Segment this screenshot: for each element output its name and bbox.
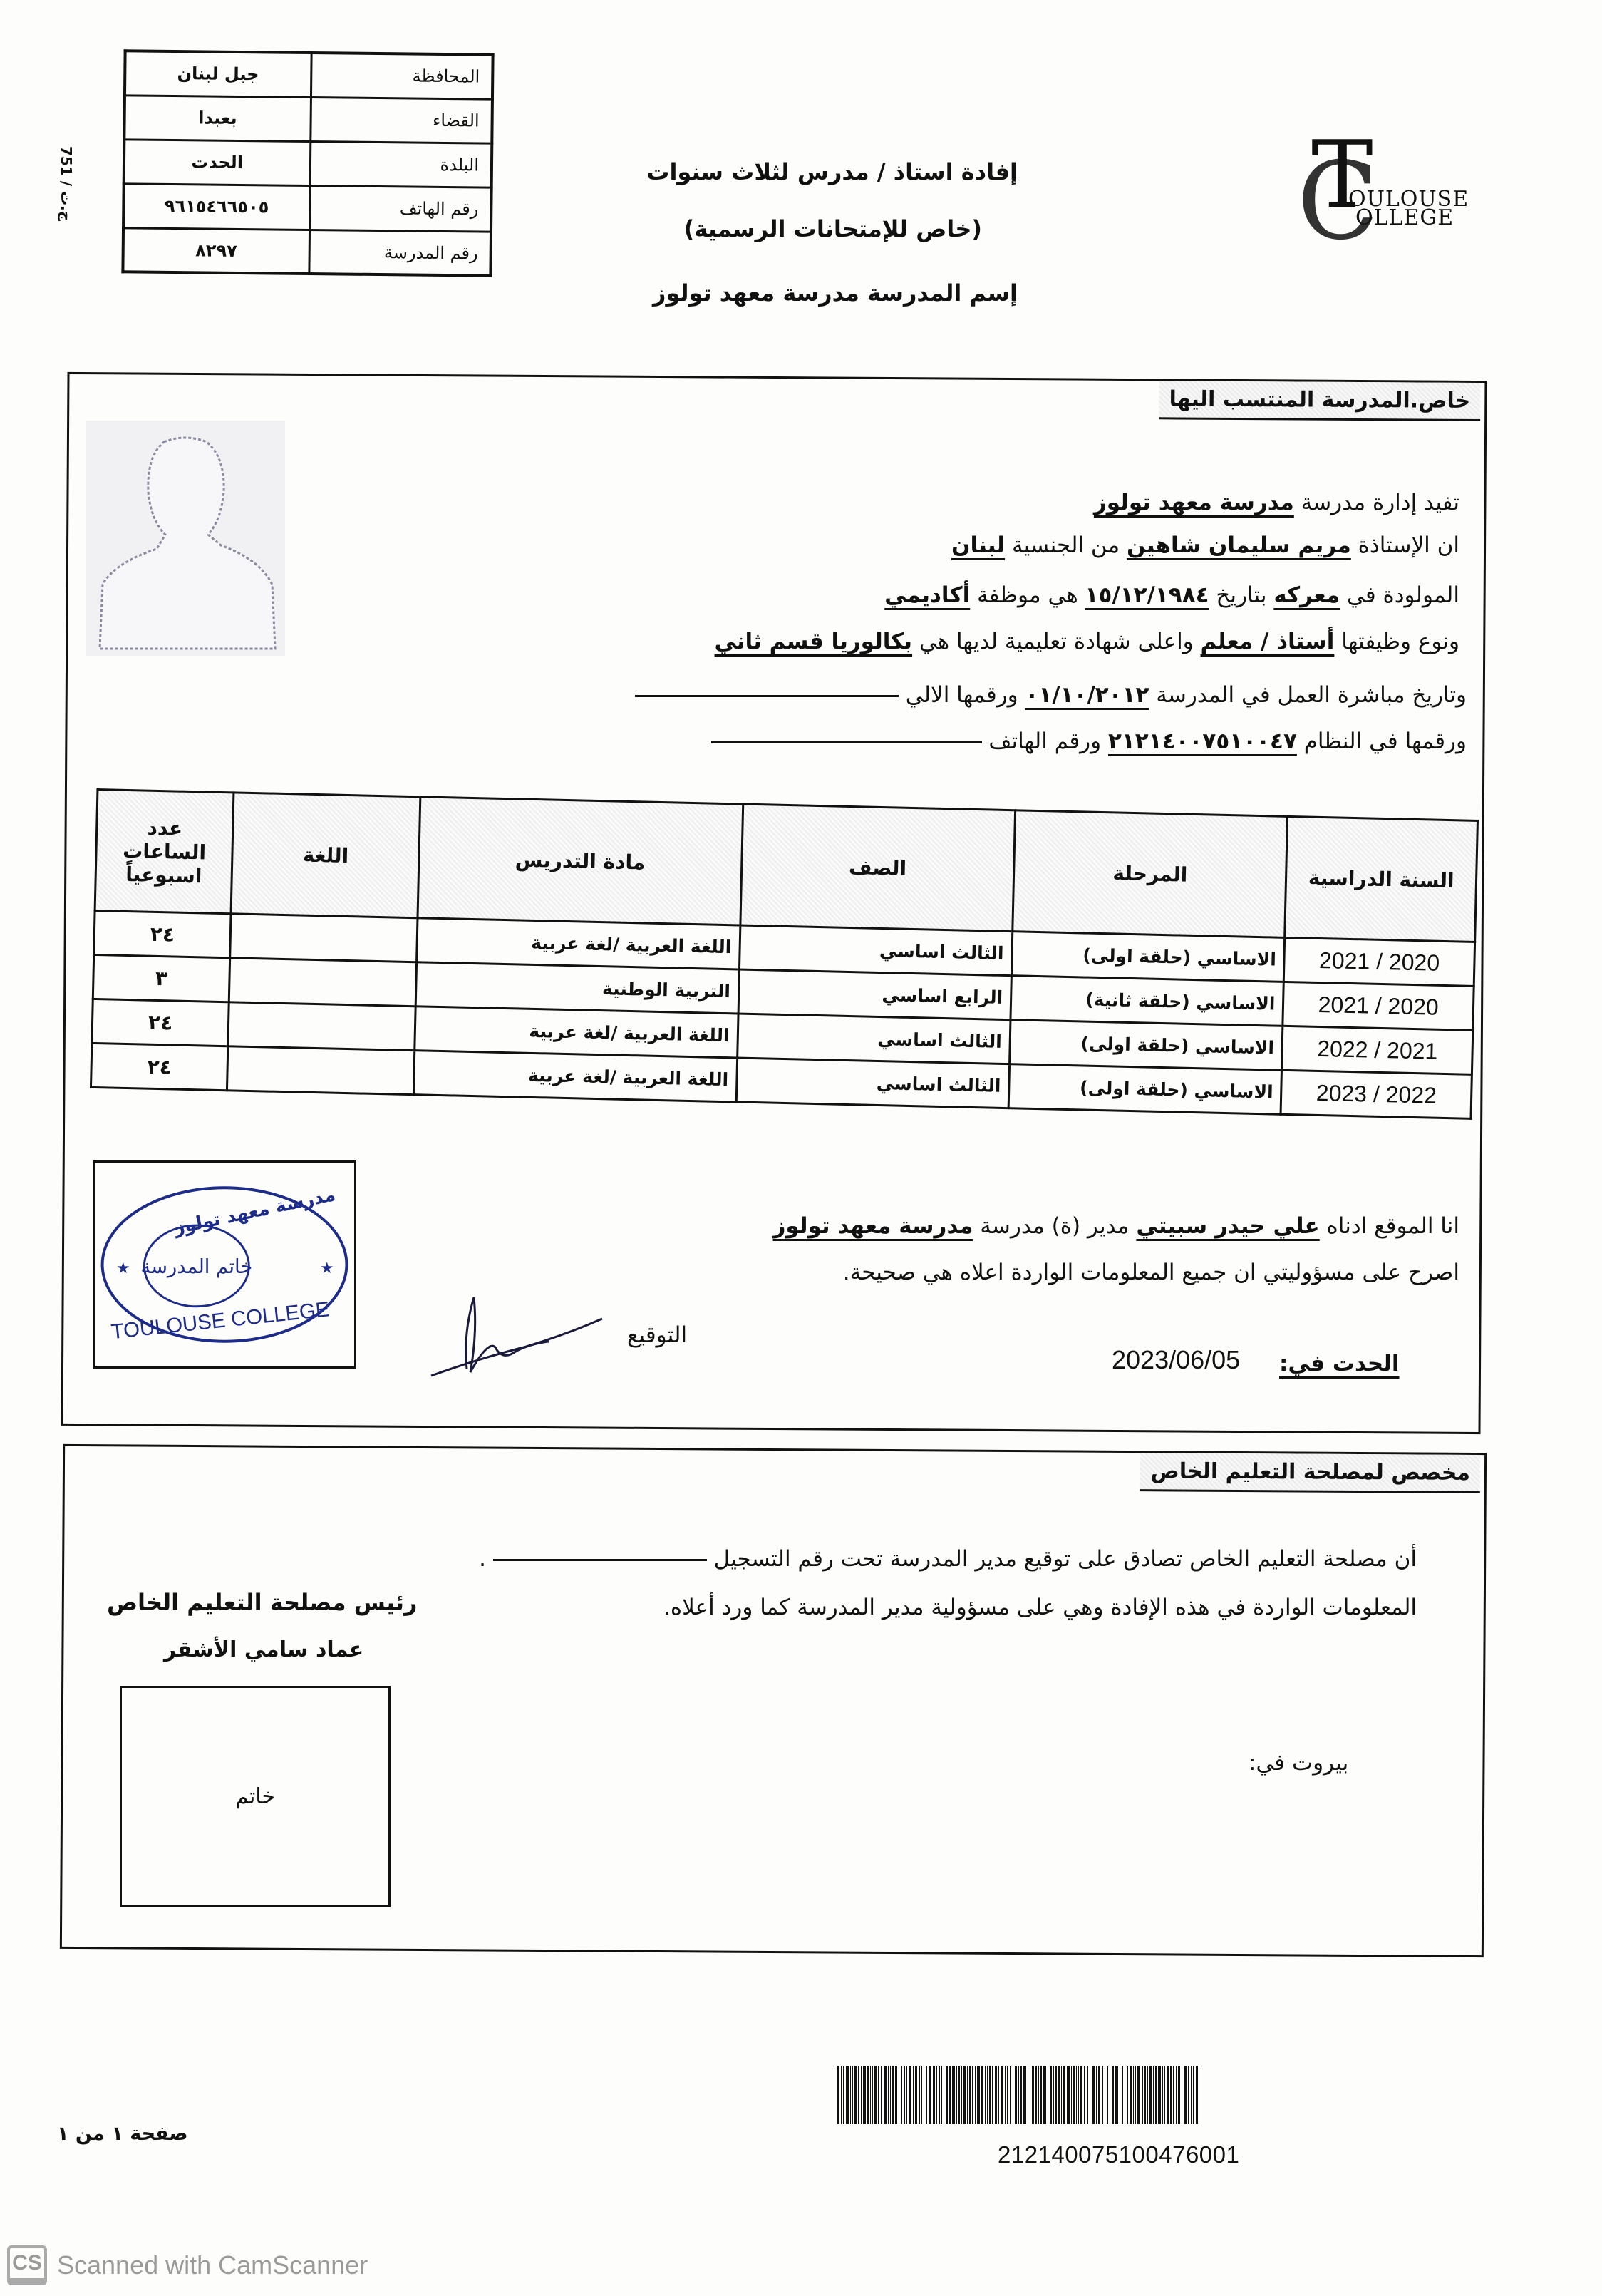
- barcode-bar: [843, 2066, 844, 2124]
- barcode-bar: [1061, 2066, 1062, 2124]
- system-number: ٢١٢١٤٠٠٧٥١٠٠٤٧: [1108, 729, 1297, 754]
- barcode-bar: [1133, 2066, 1134, 2124]
- info-row: رقم الهاتف٩٦١٥٤٦٦٥٠٥: [123, 183, 492, 231]
- barcode-bar: [977, 2066, 980, 2124]
- toulouse-college-logo: C T OULOUSE OLLEGE: [1297, 128, 1475, 242]
- cell-hours: ٢٤: [92, 999, 229, 1046]
- teacher-name: مريم سليمان شاهين: [1127, 532, 1351, 558]
- barcode-bar: [1122, 2066, 1123, 2124]
- photo-placeholder: [86, 421, 285, 656]
- cell-hours: ٣: [93, 954, 230, 1002]
- cell-stage: الاساسي (حلقة ثانية): [1011, 976, 1284, 1026]
- col-header-stage: المرحلة: [1013, 810, 1288, 938]
- star-icon: ★: [116, 1260, 130, 1277]
- barcode-bar: [1007, 2066, 1008, 2124]
- degree: بكالوريا قسم ثاني: [715, 629, 913, 654]
- info-value: جبل لبنان: [125, 51, 311, 97]
- barcode-bar: [1078, 2066, 1079, 2124]
- cell-language: [230, 914, 418, 962]
- document-subtitle: (خاص للإمتحانات الرسمية): [684, 215, 982, 242]
- cell-subject: اللغة العربية /لغة عربية: [416, 918, 740, 969]
- barcode-bar: [1020, 2066, 1022, 2124]
- barcode-bar: [1167, 2066, 1169, 2124]
- barcode-bar: [1125, 2066, 1125, 2124]
- cell-grade: الرابع اساسي: [738, 969, 1012, 1020]
- barcode-bar: [1080, 2066, 1082, 2124]
- barcode-bar: [1055, 2066, 1057, 2124]
- signature-label: التوقيع: [627, 1324, 687, 1347]
- barcode-bar: [1142, 2066, 1143, 2124]
- barcode-bar: [850, 2066, 851, 2124]
- barcode-bar: [998, 2066, 999, 2124]
- school-name: مدرسة معهد تولوز: [773, 1213, 973, 1239]
- barcode-bar: [933, 2066, 935, 2124]
- barcode-bar: [913, 2066, 914, 2124]
- school-info-table: المحافظةجبل لبنان القضاءبعبدا البلدةالحد…: [121, 49, 494, 277]
- barcode-bar: [946, 2066, 948, 2124]
- barcode-bar: [967, 2066, 968, 2124]
- barcode-bar: [1076, 2066, 1077, 2124]
- barcode-bar: [1001, 2066, 1003, 2124]
- barcode-bar: [854, 2066, 857, 2124]
- barcode-bar: [1098, 2066, 1100, 2124]
- barcode-bar: [1073, 2066, 1075, 2124]
- barcode-bar: [1035, 2066, 1037, 2124]
- camscanner-logo-icon: CS: [7, 2245, 47, 2285]
- nationality: لبنان: [951, 532, 1005, 558]
- barcode-bar: [1130, 2066, 1132, 2124]
- barcode-bar: [1063, 2066, 1065, 2124]
- barcode-bar: [863, 2066, 866, 2124]
- barcode-bar: [909, 2066, 911, 2124]
- statement-line-3: المولودة في معركه بتاريخ ١٥/١٢/١٩٨٤ هي م…: [884, 585, 1459, 607]
- barcode-bar: [1120, 2066, 1120, 2124]
- camscanner-watermark: CS Scanned with CamScanner: [7, 2245, 368, 2285]
- barcode-bar: [958, 2066, 960, 2124]
- barcode-bar: [929, 2066, 931, 2124]
- barcode-bar: [1087, 2066, 1088, 2124]
- barcode-bar: [1032, 2066, 1034, 2124]
- info-label: القضاء: [310, 97, 492, 143]
- director-signature: [424, 1290, 609, 1383]
- barcode-number: 21214007510047600​1: [998, 2141, 1239, 2168]
- start-date: ٠١/١٠/٢٠١٢: [1025, 682, 1149, 708]
- cell-year: 2022 / 2023: [1281, 1070, 1472, 1118]
- barcode-bar: [949, 2066, 951, 2124]
- barcode-bar: [1173, 2066, 1174, 2124]
- barcode-bar: [1115, 2066, 1118, 2124]
- star-icon: ★: [320, 1260, 334, 1277]
- head-title: رئيس مصلحة التعليم الخاص: [107, 1591, 417, 1614]
- declaration-line-1: انا الموقع ادناه علي حيدر سبيتي مدير (ة)…: [773, 1215, 1459, 1237]
- barcode-bar: [985, 2066, 986, 2124]
- barcode-bar: [1164, 2066, 1165, 2124]
- barcode-bar: [1196, 2066, 1198, 2124]
- info-row: رقم المدرسة٨٢٩٧: [123, 227, 491, 275]
- col-header-subject: مادة التدريس: [418, 797, 743, 925]
- cell-subject: اللغة العربية /لغة عربية: [413, 1051, 737, 1102]
- teaching-tasks-table: السنة الدراسية المرحلة الصف مادة التدريس…: [90, 788, 1479, 1120]
- section-tab-school: خاص.المدرسة المنتسب اليها: [1159, 381, 1480, 421]
- barcode-bar: [1092, 2066, 1095, 2124]
- info-label: رقم الهاتف: [309, 185, 492, 232]
- barcode-bar: [890, 2066, 891, 2124]
- job-type: أستاذ / معلم: [1201, 629, 1335, 654]
- cell-year: 2021 / 2022: [1282, 1026, 1473, 1074]
- school-name: مدرسة معهد تولوز: [1094, 490, 1294, 515]
- cell-year: 2020 / 2021: [1284, 937, 1475, 986]
- barcode-bar: [1188, 2066, 1189, 2124]
- barcode-bar: [1178, 2066, 1180, 2124]
- seal-label: خاتم: [235, 1784, 275, 1809]
- barcode-bar: [867, 2066, 869, 2124]
- barcode-bar: [884, 2066, 887, 2124]
- barcode-bar: [874, 2066, 877, 2124]
- barcode-bar: [1162, 2066, 1163, 2124]
- barcode-bar: [956, 2066, 957, 2124]
- barcode-bar: [1040, 2066, 1042, 2124]
- info-row: البلدةالحدت: [124, 139, 492, 187]
- barcode-bar: [878, 2066, 879, 2124]
- school-stamp-icon: خاتم المدرسة مدرسة معهد تولوز TOULOUSE C…: [95, 1163, 354, 1366]
- cell-stage: الاساسي (حلقة اولى): [1008, 1064, 1282, 1115]
- logo-word-college: OLLEGE: [1355, 205, 1454, 230]
- head-name: عماد سامي الأشقر: [164, 1639, 363, 1661]
- barcode-bar: [1193, 2066, 1194, 2124]
- cell-stage: الاساسي (حلقة اولى): [1010, 1020, 1283, 1071]
- barcode-bar: [837, 2066, 839, 2124]
- barcode-bar: [858, 2066, 859, 2124]
- official-seal-box: خاتم: [120, 1686, 391, 1907]
- stamp-bottom-text: TOULOUSE COLLEGE: [110, 1297, 331, 1344]
- reference-note: 751 / ج.ت: [58, 146, 75, 221]
- employee-type: أكاديمي: [884, 582, 970, 608]
- page-number: صفحة ١ من ١: [57, 2123, 188, 2145]
- barcode-bar: [1176, 2066, 1177, 2124]
- barcode-bar: [881, 2066, 882, 2124]
- barcode-bar: [1112, 2066, 1114, 2124]
- barcode-bar: [1018, 2066, 1019, 2124]
- barcode-bar: [924, 2066, 924, 2124]
- barcode-bar: [1170, 2066, 1172, 2124]
- barcode-bar: [1144, 2066, 1146, 2124]
- stamp-center-text: خاتم المدرسة: [140, 1256, 252, 1278]
- barcode-bar: [1030, 2066, 1030, 2124]
- cell-grade: الثالث اساسي: [737, 1014, 1011, 1064]
- barcode-bar: [926, 2066, 927, 2124]
- barcode-bar: [904, 2066, 905, 2124]
- barcode-bar: [969, 2066, 971, 2124]
- cell-year: 2020 / 2021: [1283, 982, 1474, 1030]
- col-header-grade: الصف: [740, 804, 1016, 932]
- barcode-bar: [1043, 2066, 1046, 2124]
- cell-subject: التربية الوطنية: [415, 962, 739, 1014]
- barcode-bar: [1067, 2066, 1070, 2124]
- barcode-bar: [1158, 2066, 1161, 2124]
- statement-line-5: وتاريخ مباشرة العمل في المدرسة ٠١/١٠/٢٠١…: [635, 684, 1467, 706]
- cell-stage: الاساسي (حلقة اولى): [1011, 932, 1285, 982]
- info-label: رقم المدرسة: [309, 230, 491, 276]
- approval-line-2: المعلومات الواردة في هذه الإفادة وهي على…: [663, 1597, 1417, 1619]
- info-value: ٨٢٩٧: [123, 227, 309, 274]
- birthplace: معركه: [1273, 582, 1340, 608]
- barcode-bar: [981, 2066, 983, 2124]
- barcode-bar: [1153, 2066, 1154, 2124]
- barcode-bar: [1038, 2066, 1039, 2124]
- declaration-line-2: اصرح على مسؤوليتي ان جميع المعلومات الوا…: [843, 1262, 1459, 1284]
- barcode-bar: [987, 2066, 988, 2124]
- info-value: الحدت: [124, 139, 311, 185]
- barcode-bar: [1058, 2066, 1060, 2124]
- beirut-place-label: بيروت في:: [1249, 1752, 1348, 1774]
- barcode-bar: [952, 2066, 955, 2124]
- cell-language: [227, 1046, 415, 1095]
- barcode-bar: [852, 2066, 853, 2124]
- col-header-hours: عدد الساعات اسبوعياً: [95, 790, 234, 914]
- barcode-bar: [1028, 2066, 1028, 2124]
- statement-line-6: ورقمها في النظام ٢١٢١٤٠٠٧٥١٠٠٤٧ ورقم اله…: [711, 731, 1467, 753]
- cell-grade: الثالث اساسي: [736, 1058, 1010, 1108]
- barcode-bar: [1071, 2066, 1072, 2124]
- cell-language: [228, 1002, 415, 1051]
- barcode-bar: [915, 2066, 917, 2124]
- barcode-bar: [921, 2066, 922, 2124]
- barcode-bar: [961, 2066, 962, 2124]
- document-title: إفادة استاذ / مدرس لثلاث سنوات: [646, 158, 1018, 185]
- barcode-bar: [1023, 2066, 1026, 2124]
- cell-grade: الثالث اساسي: [739, 925, 1013, 976]
- person-silhouette-icon: [86, 421, 285, 656]
- school-name-line: إسم المدرسة مدرسة معهد تولوز: [653, 279, 1018, 307]
- barcode-bar: [1050, 2066, 1052, 2124]
- barcode-bar: [939, 2066, 940, 2124]
- barcode-bar: [892, 2066, 894, 2124]
- barcode-bar: [936, 2066, 937, 2124]
- declaration-date: 2023/06/05: [1112, 1347, 1240, 1373]
- barcode-bar: [989, 2066, 991, 2124]
- barcode-bar: [1149, 2066, 1152, 2124]
- barcode-bar: [1107, 2066, 1108, 2124]
- barcode-bar: [841, 2066, 842, 2124]
- barcode-bar: [1105, 2066, 1105, 2124]
- statement-line-4: ونوع وظيفتها أستاذ / معلم واعلى شهادة تع…: [715, 631, 1459, 653]
- section-tab-private-education: مخصص لمصلحة التعليم الخاص: [1140, 1453, 1480, 1493]
- barcode-bar: [992, 2066, 993, 2124]
- approval-line-1: أن مصلحة التعليم الخاص تصادق على توقيع م…: [479, 1548, 1417, 1570]
- watermark-text: Scanned with CamScanner: [57, 2250, 368, 2280]
- barcode-bar: [870, 2066, 871, 2124]
- barcode-bar: [872, 2066, 873, 2124]
- phone-blank: [711, 741, 982, 743]
- barcode-bar: [1191, 2066, 1192, 2124]
- statement-line-2: ان الإستاذة مريم سليمان شاهين من الجنسية…: [951, 535, 1459, 557]
- barcode-bar: [963, 2066, 966, 2124]
- col-header-language: اللغة: [231, 793, 420, 918]
- cell-language: [229, 958, 416, 1007]
- director-name: علي حيدر سبيتي: [1136, 1213, 1319, 1239]
- barcode-bar: [1184, 2066, 1187, 2124]
- barcode-bar: [1084, 2066, 1085, 2124]
- barcode-bar: [1090, 2066, 1090, 2124]
- registration-number-blank: [493, 1559, 707, 1561]
- barcode-bar: [1137, 2066, 1140, 2124]
- barcode-bar: [1155, 2066, 1157, 2124]
- barcode-bar: [1053, 2066, 1054, 2124]
- barcode-bar: [1110, 2066, 1110, 2124]
- barcode-bar: [919, 2066, 920, 2124]
- barcode-bar: [1102, 2066, 1103, 2124]
- automated-number-blank: [635, 695, 899, 697]
- barcode-bar: [899, 2066, 899, 2124]
- barcode-bar: [1096, 2066, 1097, 2124]
- barcode-bar: [895, 2066, 897, 2124]
- barcode-bar: [975, 2066, 976, 2124]
- info-label: البلدة: [310, 141, 492, 187]
- barcode-bar: [1135, 2066, 1136, 2124]
- place-label: الحدت في:: [1279, 1353, 1400, 1375]
- statement-line-1: تفيد إدارة مدرسة مدرسة معهد تولوز: [1094, 492, 1459, 514]
- barcode-bar: [1127, 2066, 1128, 2124]
- info-value: ٩٦١٥٤٦٦٥٠٥: [123, 183, 310, 230]
- cell-hours: ٢٤: [94, 910, 232, 957]
- barcode-bar: [1010, 2066, 1011, 2124]
- cell-hours: ٢٤: [91, 1043, 228, 1090]
- info-row: المحافظةجبل لبنان: [125, 51, 493, 98]
- barcode-bar: [1182, 2066, 1182, 2124]
- barcode-bar: [972, 2066, 973, 2124]
- barcode-bar: [941, 2066, 942, 2124]
- birth-date: ١٥/١٢/١٩٨٤: [1085, 582, 1209, 608]
- info-label: المحافظة: [311, 53, 493, 99]
- info-row: القضاءبعبدا: [124, 95, 492, 143]
- school-stamp-box: خاتم المدرسة مدرسة معهد تولوز TOULOUSE C…: [93, 1160, 356, 1369]
- barcode-bar: [846, 2066, 849, 2124]
- barcode-bar: [1048, 2066, 1048, 2124]
- barcode-bar: [1015, 2066, 1017, 2124]
- barcode-bar: [861, 2066, 862, 2124]
- barcode: [837, 2066, 1427, 2124]
- barcode-bar: [888, 2066, 889, 2124]
- barcode-bar: [1005, 2066, 1006, 2124]
- barcode-bar: [944, 2066, 944, 2124]
- barcode-bar: [995, 2066, 997, 2124]
- col-header-year: السنة الدراسية: [1285, 816, 1477, 942]
- barcode-bar: [1013, 2066, 1013, 2124]
- barcode-bar: [901, 2066, 902, 2124]
- barcode-bar: [906, 2066, 907, 2124]
- cell-subject: اللغة العربية /لغة عربية: [415, 1007, 738, 1058]
- info-value: بعبدا: [124, 95, 311, 141]
- barcode-bar: [1147, 2066, 1148, 2124]
